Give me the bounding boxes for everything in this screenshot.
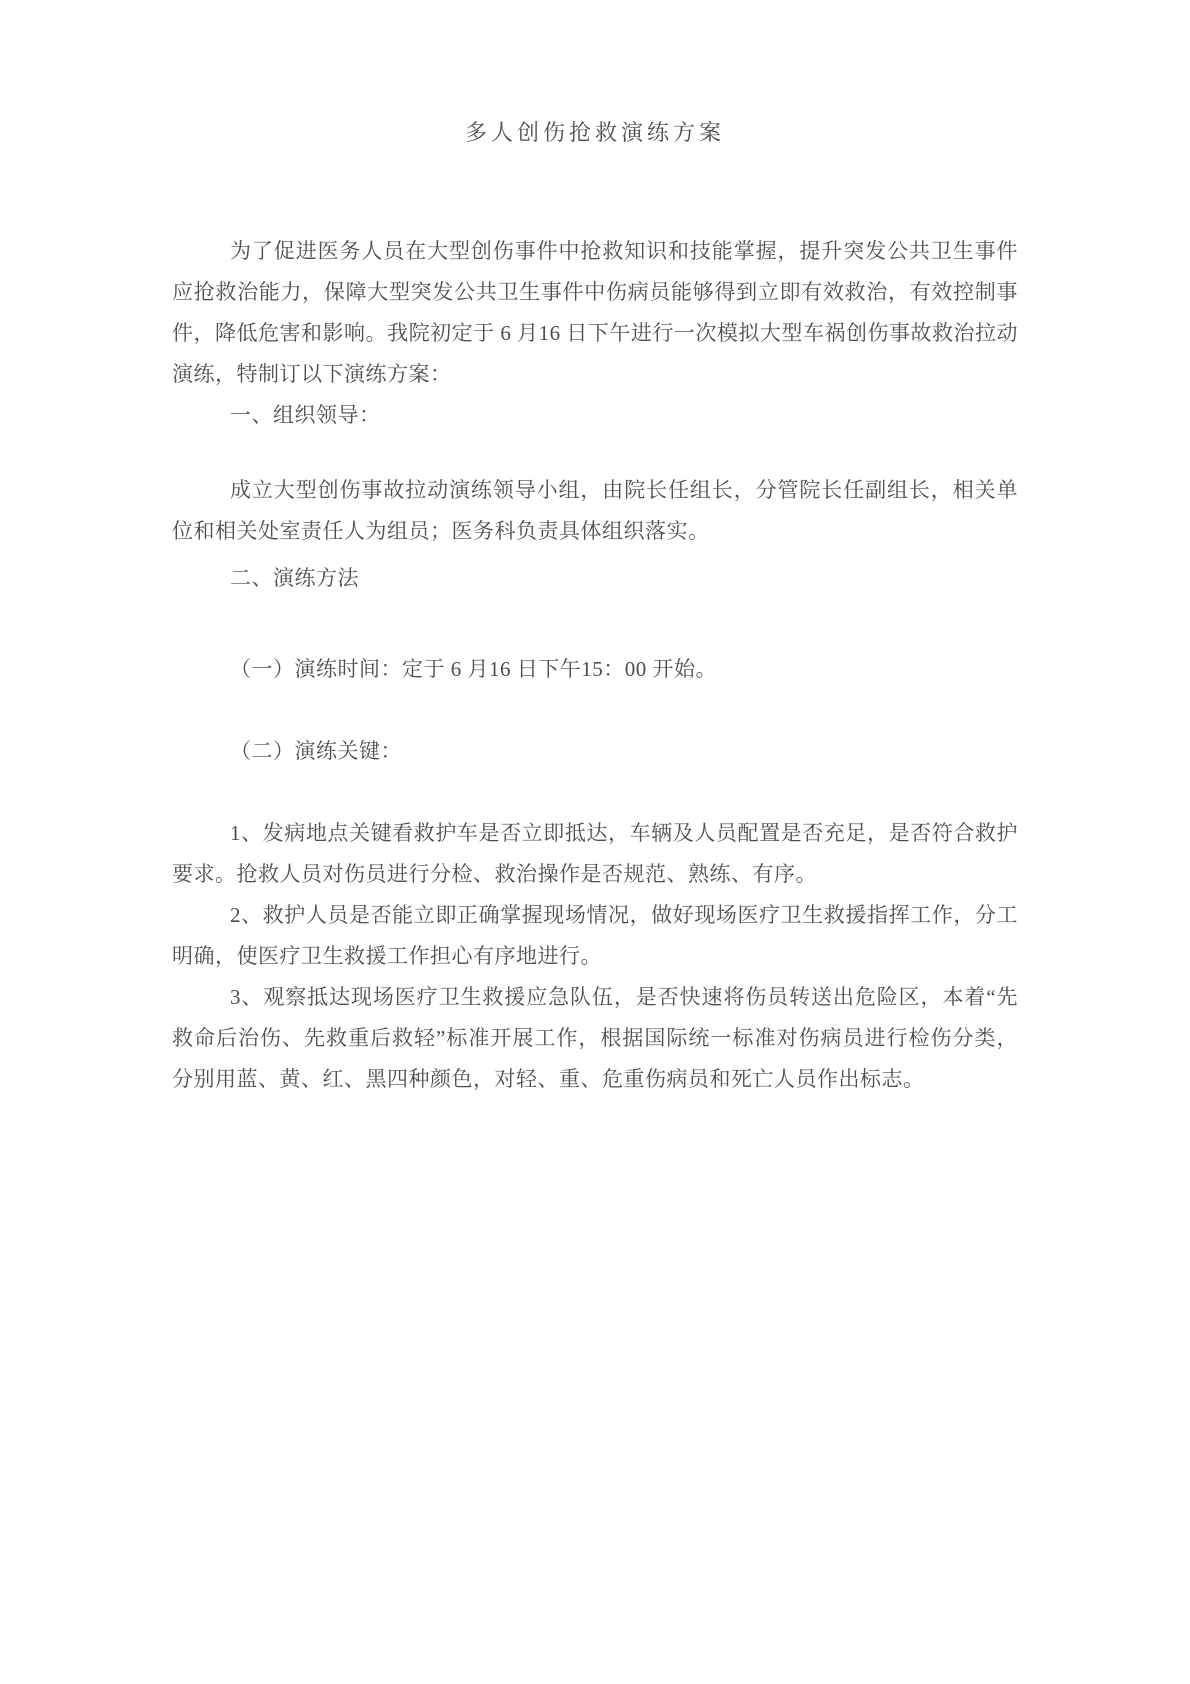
section-2-heading: 二、演练方法 (172, 558, 1018, 599)
intro-paragraph: 为了促进医务人员在大型创伤事件中抢救知识和技能掌握，提升突发公共卫生事件应抢救治… (172, 231, 1018, 395)
key-point-2-paragraph: 2、救护人员是否能立即正确掌握现场情况，做好现场医疗卫生救援指挥工作，分工明确，… (172, 895, 1018, 977)
drill-key-heading: （二）演练关键： (172, 731, 1018, 772)
drill-time-paragraph: （一）演练时间：定于 6 月16 日下午15：00 开始。 (172, 649, 1018, 690)
document-title: 多人创伤抢救演练方案 (172, 112, 1018, 153)
key-point-3-paragraph: 3、观察抵达现场医疗卫生救援应急队伍，是否快速将伤员转送出危险区，本着“先救命后… (172, 977, 1018, 1100)
key-point-1-paragraph: 1、发病地点关键看救护车是否立即抵达，车辆及人员配置是否充足，是否符合救护要求。… (172, 813, 1018, 895)
section-1-body-paragraph: 成立大型创伤事故拉动演练领导小组，由院长任组长，分管院长任副组长，相关单位和相关… (172, 470, 1018, 552)
document-page: 多人创伤抢救演练方案 为了促进医务人员在大型创伤事件中抢救知识和技能掌握，提升突… (0, 0, 1190, 1684)
section-1-heading: 一、组织领导： (172, 395, 1018, 436)
